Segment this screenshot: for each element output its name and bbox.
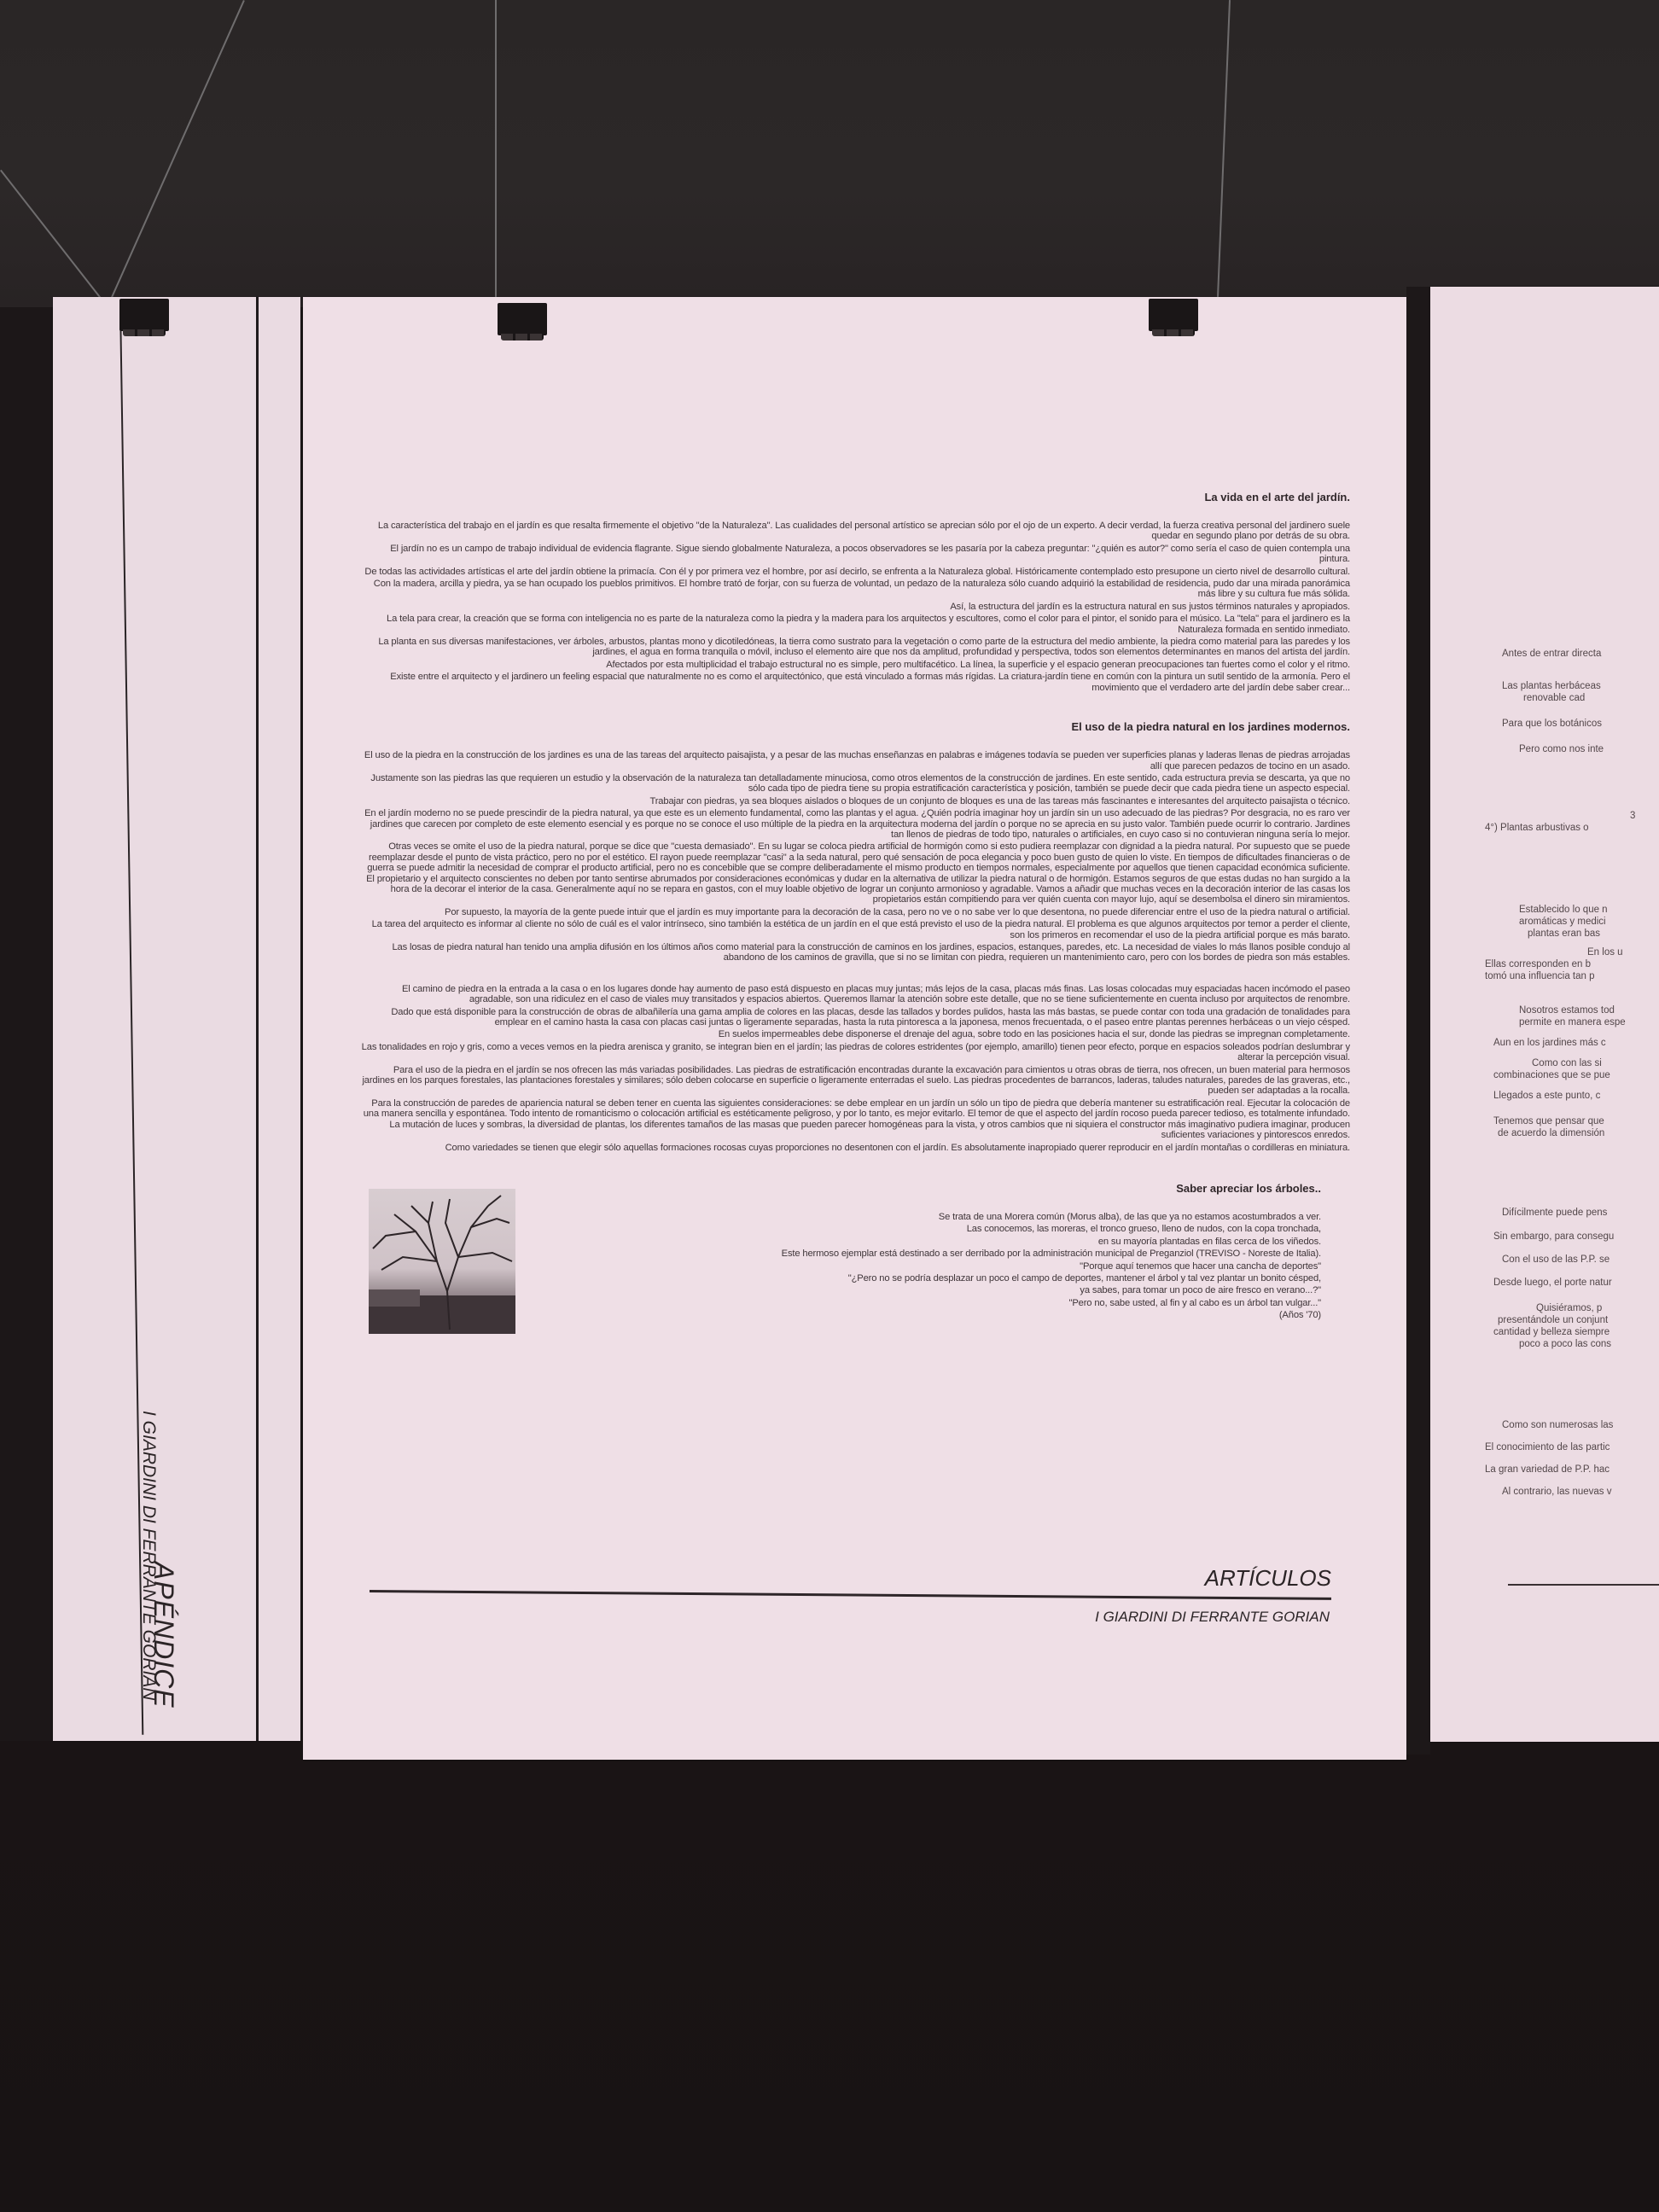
paragraph: en su mayoría plantadas en filas cerca d… xyxy=(553,1237,1321,1247)
paragraph: En suelos impermeables debe disponerse e… xyxy=(358,1029,1350,1039)
section-apreciar-arboles: Saber apreciar los árboles.. Se trata de… xyxy=(358,1182,1357,1344)
tree-quote-block: Saber apreciar los árboles.. Se trata de… xyxy=(553,1182,1321,1323)
paragraph: (Años '70) xyxy=(553,1310,1321,1320)
partial-text-line: Difícilmente puede pens xyxy=(1502,1208,1607,1218)
section-title: La vida en el arte del jardín. xyxy=(358,491,1350,504)
paragraph: El jardín no es un campo de trabajo indi… xyxy=(358,544,1350,565)
paragraph: ya sabes, para tomar un poco de aire fre… xyxy=(553,1285,1321,1295)
binder-clip-icon xyxy=(498,303,547,335)
appendix-subtitle: I GIARDINI DI FERRANTE GORIAN xyxy=(138,1411,159,1701)
partial-text-line: Tenemos que pensar que xyxy=(1493,1116,1604,1126)
partial-text-line: 3 xyxy=(1630,811,1635,821)
partial-text-line: El conocimiento de las partic xyxy=(1485,1442,1610,1452)
partial-text-line: permite en manera espe xyxy=(1519,1017,1626,1027)
paragraph: Por supuesto, la mayoría de la gente pue… xyxy=(358,907,1350,917)
footer-title: ARTÍCULOS xyxy=(1205,1565,1331,1592)
partial-text-line: poco a poco las cons xyxy=(1519,1339,1611,1349)
partial-text-line: Al contrario, las nuevas v xyxy=(1502,1487,1611,1497)
right-poster-rule xyxy=(1508,1584,1659,1586)
section-piedra-natural: El uso de la piedra natural en los jardi… xyxy=(358,720,1357,1153)
partial-text-line: Antes de entrar directa xyxy=(1502,649,1601,659)
partial-text-line: Sin embargo, para consegu xyxy=(1493,1231,1614,1242)
paragraph: La planta en sus diversas manifestacione… xyxy=(358,637,1350,658)
paragraph: La característica del trabajo en el jard… xyxy=(358,521,1350,542)
partial-text-line: Con el uso de las P.P. se xyxy=(1502,1254,1610,1265)
partial-text-line: Pero como nos inte xyxy=(1519,744,1604,754)
partial-text-line: Desde luego, el porte natur xyxy=(1493,1278,1612,1288)
paragraph: El uso de la piedra en la construcción d… xyxy=(358,750,1350,771)
article-content: La vida en el arte del jardín. La caract… xyxy=(358,491,1357,1344)
partial-text-line: Como con las si xyxy=(1532,1058,1602,1068)
paragraph: De todas las actividades artísticas el a… xyxy=(358,567,1350,577)
binder-clip-icon xyxy=(119,299,169,331)
paragraph: Para la construcción de paredes de apari… xyxy=(358,1098,1350,1141)
paragraph: La tela para crear, la creación que se f… xyxy=(358,614,1350,635)
binder-clip-icon xyxy=(1149,299,1198,331)
partial-text-line: presentándole un conjunt xyxy=(1498,1315,1608,1325)
partial-text-line: Llegados a este punto, c xyxy=(1493,1091,1600,1101)
partial-text-line: cantidad y belleza siempre xyxy=(1493,1327,1610,1337)
partial-text-line: Quisiéramos, p xyxy=(1536,1303,1602,1313)
paragraph: Las conocemos, las moreras, el tronco gr… xyxy=(553,1224,1321,1234)
partial-text-line: Establecido lo que n xyxy=(1519,905,1608,915)
section-body: Se trata de una Morera común (Morus alba… xyxy=(553,1212,1321,1321)
partial-text-line: tomó una influencia tan p xyxy=(1485,971,1595,981)
paragraph: Así, la estructura del jardín es la estr… xyxy=(358,602,1350,612)
partial-text-line: renovable cad xyxy=(1523,693,1585,703)
section-title: Saber apreciar los árboles.. xyxy=(553,1182,1321,1195)
paragraph: Dado que está disponible para la constru… xyxy=(358,1007,1350,1028)
paragraph: Otras veces se omite el uso de la piedra… xyxy=(358,841,1350,905)
partial-text-line: combinaciones que se pue xyxy=(1493,1070,1610,1080)
paragraph: Las losas de piedra natural han tenido u… xyxy=(358,942,1350,963)
spacer xyxy=(358,965,1357,984)
partial-text-line: La gran variedad de P.P. hac xyxy=(1485,1464,1610,1475)
section-body: El uso de la piedra en la construcción d… xyxy=(358,750,1357,963)
paragraph: "Porque aquí tenemos que hacer una canch… xyxy=(553,1261,1321,1272)
tree-icon xyxy=(369,1189,515,1334)
partial-text-line: Las plantas herbáceas xyxy=(1502,681,1601,691)
wall-background-top xyxy=(0,0,1659,307)
paragraph: Existe entre el arquitecto y el jardiner… xyxy=(358,672,1350,693)
paragraph: Se trata de una Morera común (Morus alba… xyxy=(553,1212,1321,1222)
wall-background-bottom xyxy=(0,1741,1659,2212)
paragraph: Las tonalidades en rojo y gris, como a v… xyxy=(358,1042,1350,1063)
paragraph: Como variedades se tienen que elegir sól… xyxy=(358,1143,1350,1153)
partial-text-line: de acuerdo la dimensión xyxy=(1498,1128,1604,1138)
poster-gap xyxy=(1406,287,1430,1755)
spacer xyxy=(358,1155,1357,1173)
footer-subtitle: I GIARDINI DI FERRANTE GORIAN xyxy=(1095,1609,1330,1626)
paragraph: "Pero no, sabe usted, al fin y al cabo e… xyxy=(553,1298,1321,1308)
partial-text-line: aromáticas y medici xyxy=(1519,917,1606,927)
paragraph: Afectados por esta multiplicidad el trab… xyxy=(358,660,1350,670)
section-title: El uso de la piedra natural en los jardi… xyxy=(358,720,1350,733)
paragraph: La tarea del arquitecto es informar al c… xyxy=(358,919,1350,940)
partial-text-line: Ellas corresponden en b xyxy=(1485,959,1591,969)
paragraph: Este hermoso ejemplar está destinado a s… xyxy=(553,1249,1321,1259)
partial-text-line: plantas eran bas xyxy=(1528,928,1600,939)
paragraph: Para el uso de la piedra en el jardín se… xyxy=(358,1065,1350,1097)
partial-text-line: Nosotros estamos tod xyxy=(1519,1005,1615,1016)
partial-text-line: 4°) Plantas arbustivas o xyxy=(1485,823,1589,833)
partial-text-line: Para que los botánicos xyxy=(1502,719,1602,729)
hanging-wire xyxy=(495,0,497,307)
appendix-poster xyxy=(53,297,300,1741)
spacer xyxy=(358,695,1357,720)
section-body: La característica del trabajo en el jard… xyxy=(358,521,1357,693)
mulberry-tree-photo xyxy=(369,1189,515,1334)
partial-text-line: En los u xyxy=(1587,947,1623,958)
sheet-edge-line xyxy=(256,297,259,1741)
paragraph: En el jardín moderno no se puede prescin… xyxy=(358,808,1350,840)
section-vida-arte-jardin: La vida en el arte del jardín. La caract… xyxy=(358,491,1357,693)
paragraph: Justamente son las piedras las que requi… xyxy=(358,773,1350,795)
paragraph: El camino de piedra en la entrada a la c… xyxy=(358,984,1350,1005)
section-body-continued: El camino de piedra en la entrada a la c… xyxy=(358,984,1357,1153)
paragraph: Trabajar con piedras, ya sea bloques ais… xyxy=(358,796,1350,806)
partial-text-line: Aun en los jardines más c xyxy=(1493,1038,1606,1048)
paragraph: Con la madera, arcilla y piedra, ya se h… xyxy=(358,579,1350,600)
paragraph: "¿Pero no se podría desplazar un poco el… xyxy=(553,1273,1321,1284)
partial-text-line: Como son numerosas las xyxy=(1502,1420,1613,1430)
